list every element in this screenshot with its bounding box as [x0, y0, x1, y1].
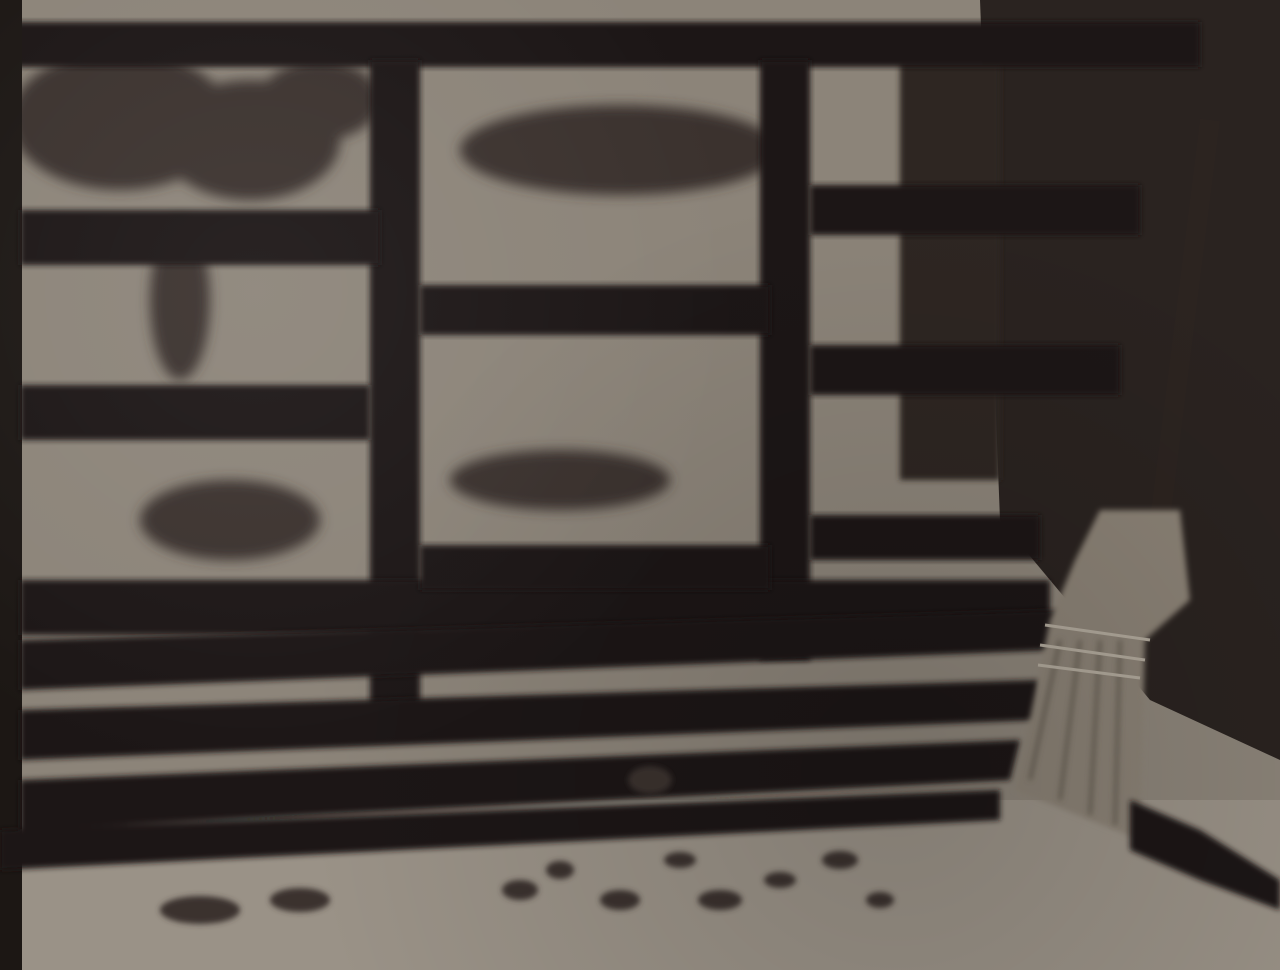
photo-scene: [0, 0, 1280, 970]
porch-railing-photograph: [0, 0, 1280, 970]
